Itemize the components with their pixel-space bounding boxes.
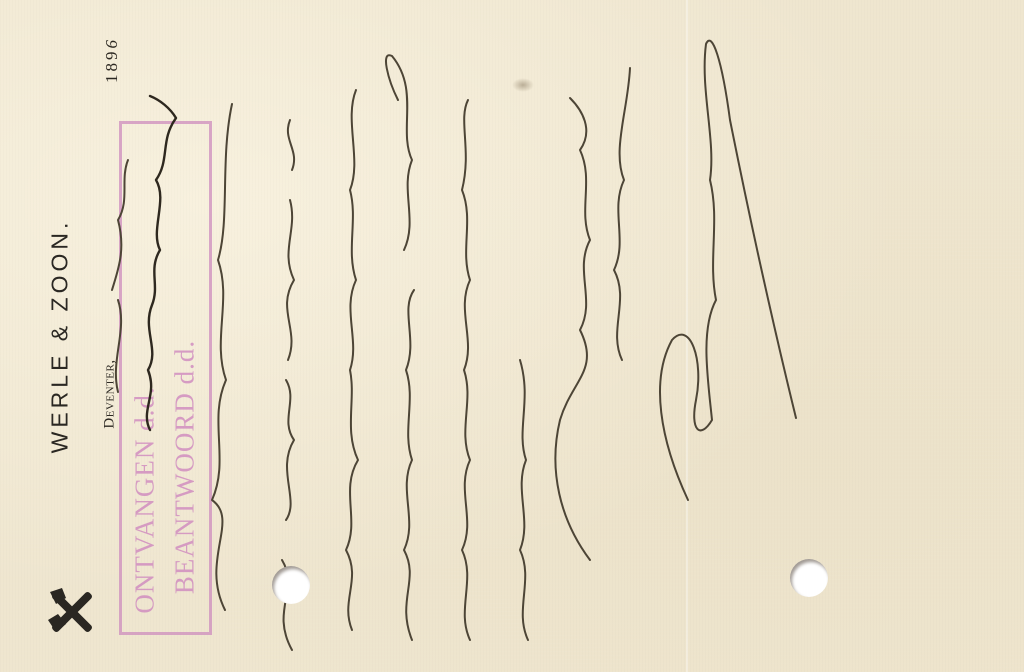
punch-hole <box>790 559 828 597</box>
punch-hole <box>272 566 310 604</box>
handwritten-text <box>0 0 1024 672</box>
